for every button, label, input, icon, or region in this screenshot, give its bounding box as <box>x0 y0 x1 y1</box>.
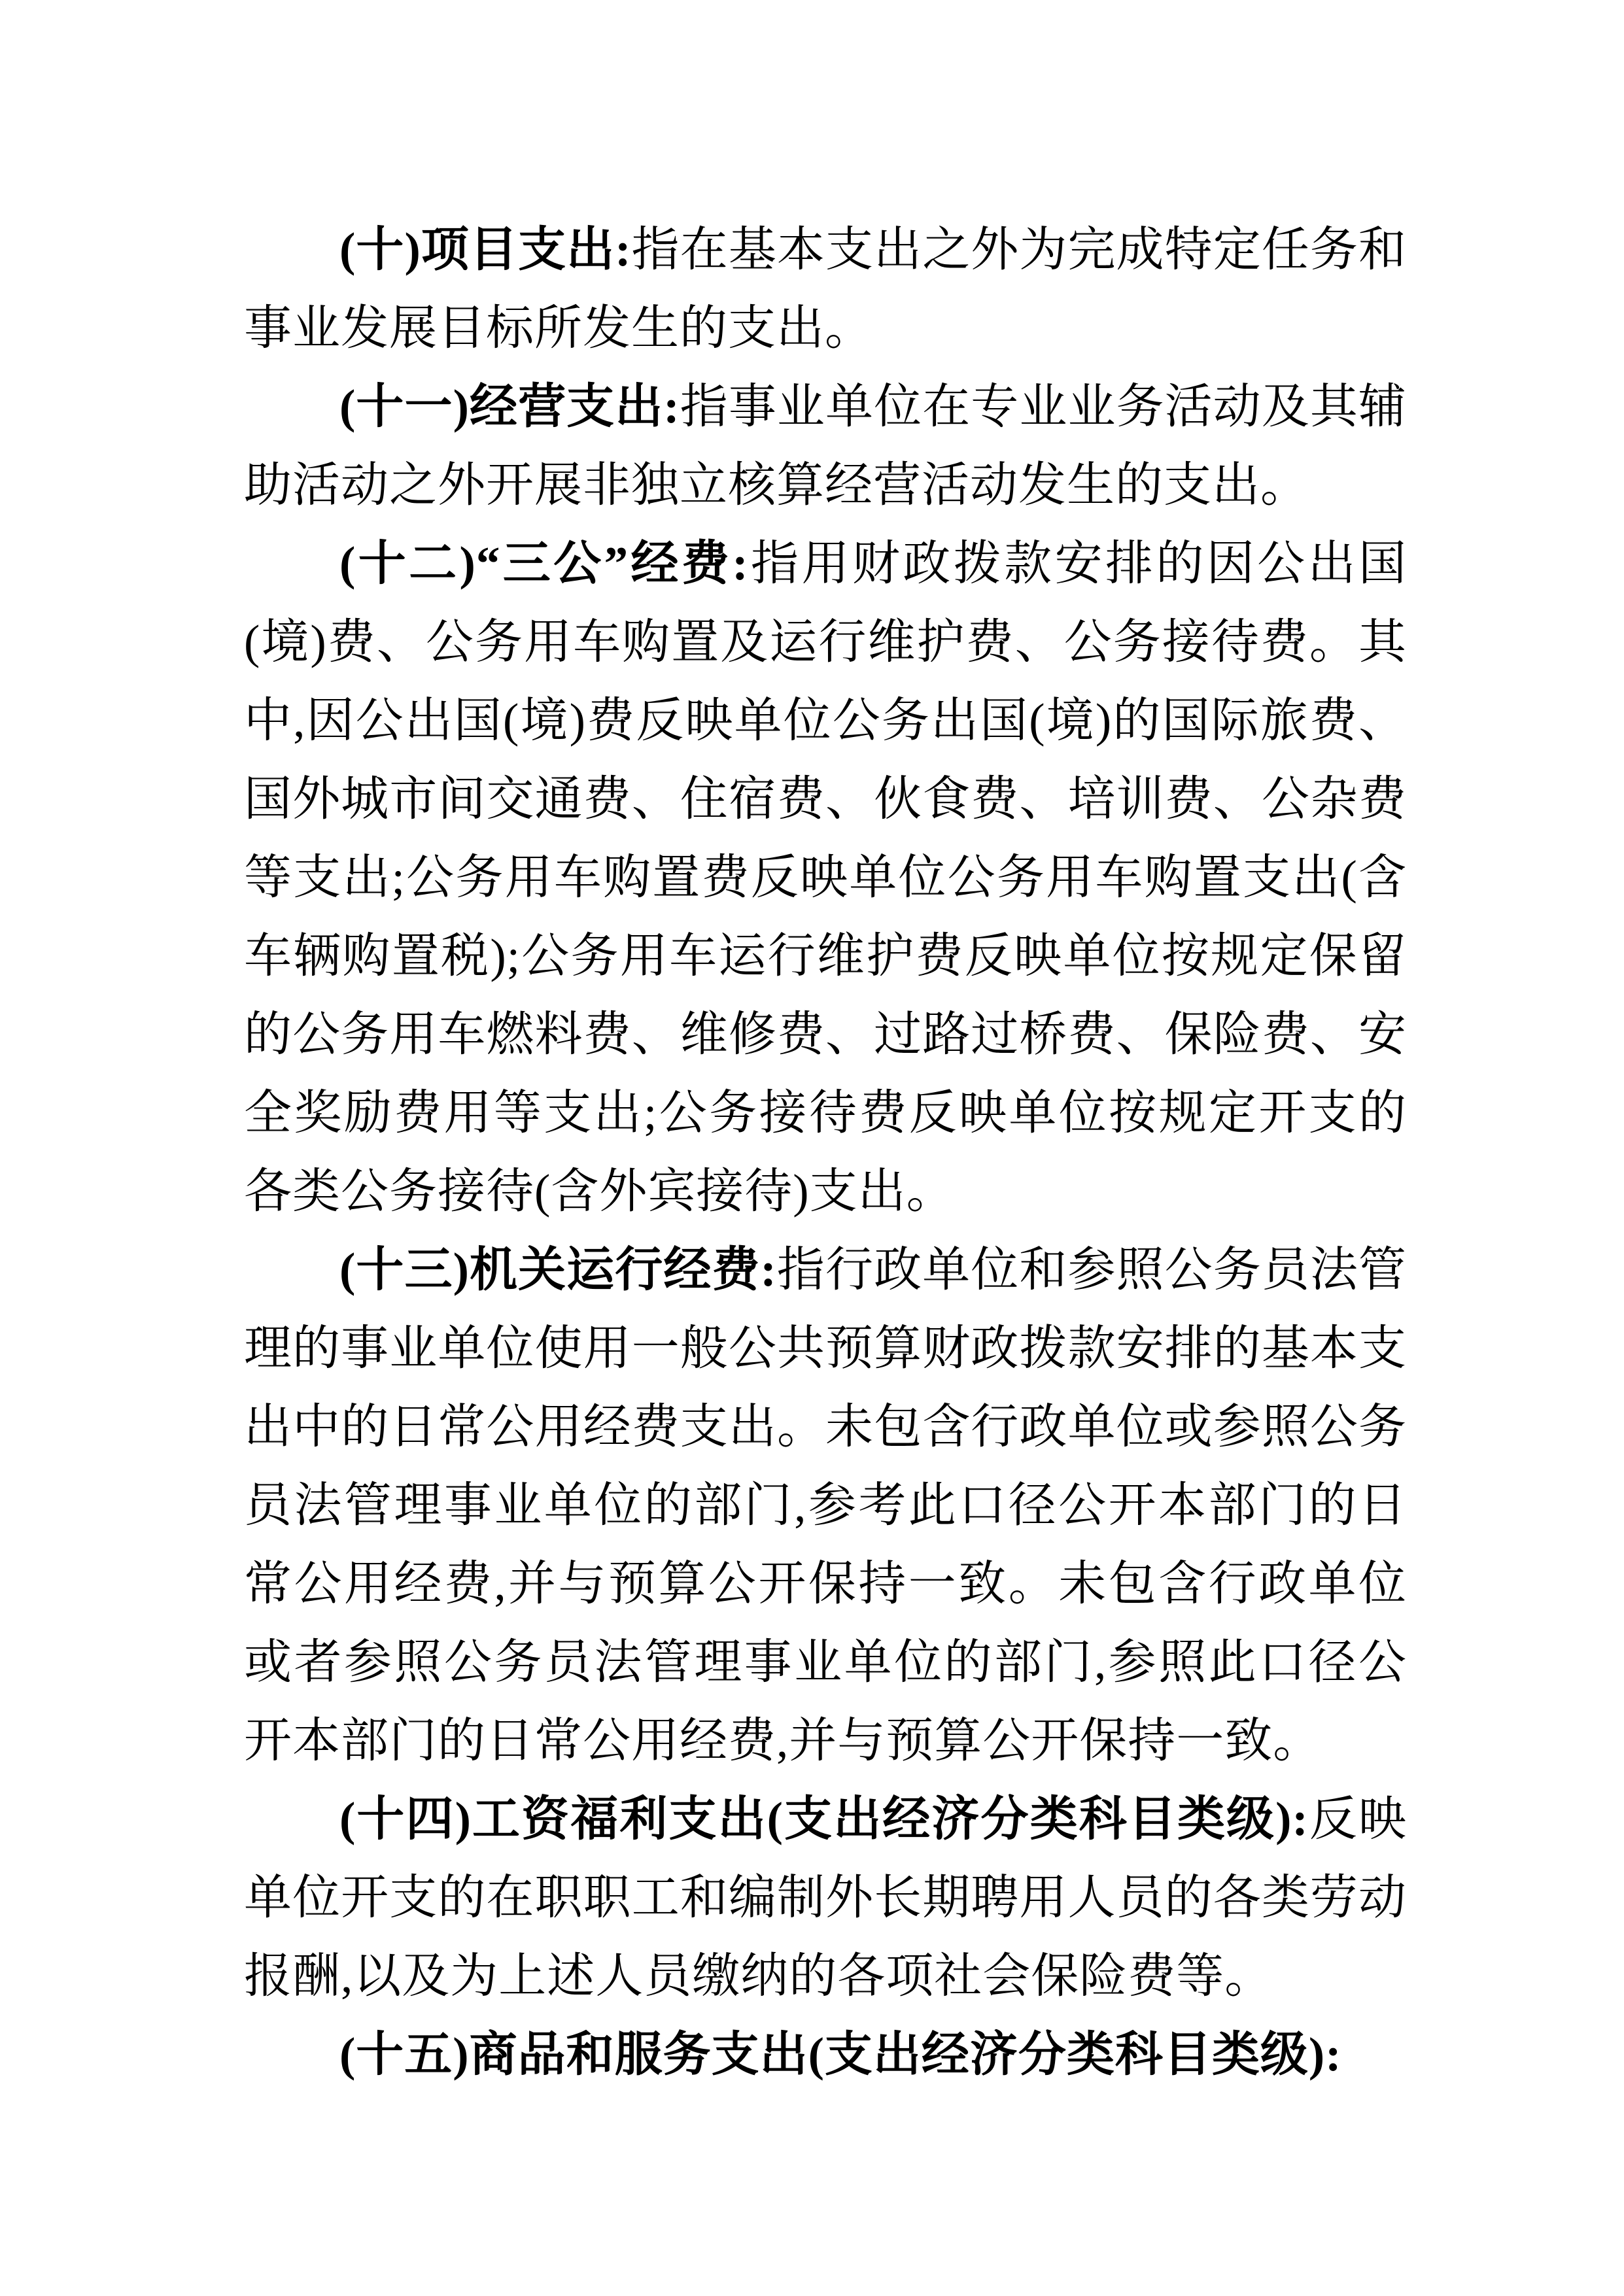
paragraph-heading: (十)项目支出: <box>339 223 632 276</box>
paragraph-body: 指用财政拨款安排的因公出国(境)费、公务用车购置及运行维护费、公务接待费。其中,… <box>244 537 1407 1218</box>
document-content: (十)项目支出:指在基本支出之外为完成特定任务和事业发展目标所发生的支出。 (十… <box>244 211 1407 2094</box>
paragraph-heading: (十二)“三公”经费: <box>339 537 749 590</box>
paragraph-heading: (十五)商品和服务支出(支出经济分类科目类级): <box>339 2028 1342 2081</box>
paragraph-project-expenditure: (十)项目支出:指在基本支出之外为完成特定任务和事业发展目标所发生的支出。 <box>244 211 1407 368</box>
paragraph-heading: (十三)机关运行经费: <box>339 1243 777 1296</box>
paragraph-operating-expenditure: (十一)经营支出:指事业单位在专业业务活动及其辅助活动之外开展非独立核算经营活动… <box>244 368 1407 524</box>
paragraph-heading: (十四)工资福利支出(支出经济分类科目类级): <box>339 1792 1309 1845</box>
paragraph-agency-operating-funds: (十三)机关运行经费:指行政单位和参照公务员法管理的事业单位使用一般公共预算财政… <box>244 1231 1407 1780</box>
paragraph-three-public-funds: (十二)“三公”经费:指用财政拨款安排的因公出国(境)费、公务用车购置及运行维护… <box>244 524 1407 1231</box>
paragraph-goods-services-expenditure: (十五)商品和服务支出(支出经济分类科目类级): <box>244 2015 1407 2094</box>
document-page: (十)项目支出:指在基本支出之外为完成特定任务和事业发展目标所发生的支出。 (十… <box>0 0 1624 2296</box>
paragraph-body: 指行政单位和参照公务员法管理的事业单位使用一般公共预算财政拨款安排的基本支出中的… <box>244 1243 1407 1767</box>
paragraph-heading: (十一)经营支出: <box>339 380 680 433</box>
paragraph-salary-welfare-expenditure: (十四)工资福利支出(支出经济分类科目类级):反映单位开支的在职职工和编制外长期… <box>244 1780 1407 2015</box>
